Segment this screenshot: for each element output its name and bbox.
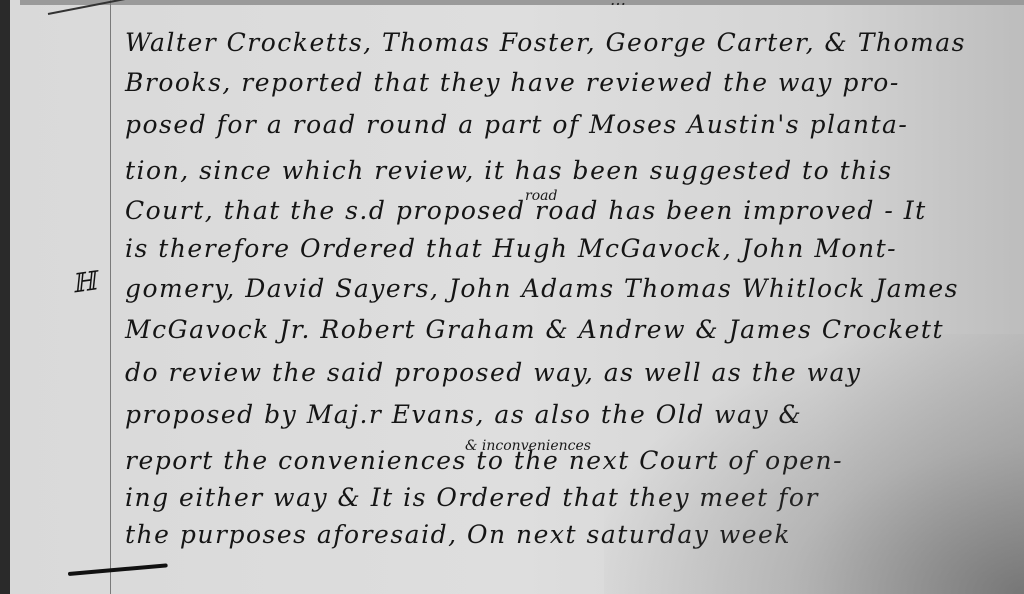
text-line-6: is therefore Ordered that Hugh McGavock,… xyxy=(125,234,897,263)
text-line-1: Walter Crocketts, Thomas Foster, George … xyxy=(125,28,966,57)
margin-pen-stroke-bottom xyxy=(68,563,168,576)
cut-off-header-text: … xyxy=(610,0,626,9)
text-line-13: the purposes aforesaid, On next saturday… xyxy=(125,520,791,549)
text-line-12: ing either way & It is Ordered that they… xyxy=(125,483,819,512)
text-line-2: Brooks, reported that they have reviewed… xyxy=(125,68,900,97)
text-line-3: posed for a road round a part of Moses A… xyxy=(125,110,908,139)
text-line-4: tion, since which review, it has been su… xyxy=(125,156,893,185)
interlinear-insertion-inconveniences: & inconveniences xyxy=(465,438,591,454)
document-page: ℍ … Walter Crocketts, Thomas Foster, Geo… xyxy=(10,0,1024,594)
text-line-9: do review the said proposed way, as well… xyxy=(125,358,862,387)
margin-rule-line xyxy=(110,0,111,594)
text-line-7: gomery, David Sayers, John Adams Thomas … xyxy=(125,274,959,303)
margin-annotation-mark: ℍ xyxy=(70,266,99,299)
interlinear-insertion-road: road xyxy=(525,188,557,204)
scan-top-edge xyxy=(20,0,1024,5)
text-line-10: proposed by Maj.r Evans, as also the Old… xyxy=(125,400,802,429)
text-line-8: McGavock Jr. Robert Graham & Andrew & Ja… xyxy=(125,315,944,344)
